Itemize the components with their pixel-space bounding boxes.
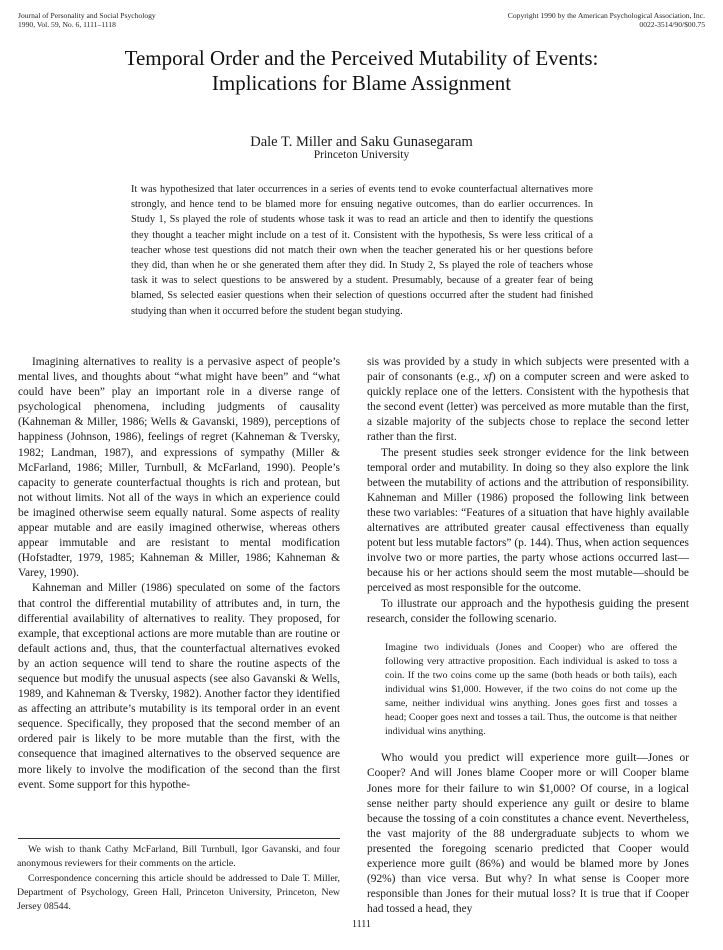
authors: Dale T. Miller and Saku Gunasegaram xyxy=(0,134,723,150)
paragraph: Kahneman and Miller (1986) speculated on… xyxy=(18,581,340,792)
footnotes: We wish to thank Cathy McFarland, Bill T… xyxy=(17,843,340,914)
journal-citation: Journal of Personality and Social Psycho… xyxy=(18,11,156,29)
paragraph-continued: sis was provided by a study in which sub… xyxy=(367,355,689,446)
scenario-block-quote: Imagine two individuals (Jones and Coope… xyxy=(385,641,677,740)
abstract: It was hypothesized that later occurrenc… xyxy=(131,182,593,319)
article-title: Temporal Order and the Perceived Mutabil… xyxy=(0,46,723,96)
example-letters: xf xyxy=(484,371,492,383)
paragraph: The present studies seek stronger eviden… xyxy=(367,446,689,597)
paragraph: To illustrate our approach and the hypot… xyxy=(367,597,689,627)
copyright-notice: Copyright 1990 by the American Psycholog… xyxy=(508,11,705,29)
journal-name: Journal of Personality and Social Psycho… xyxy=(18,11,156,20)
footnote-divider xyxy=(18,838,340,839)
page-number: 1111 xyxy=(0,919,723,930)
body-column-right: sis was provided by a study in which sub… xyxy=(367,355,689,917)
paragraph: Imagining alternatives to reality is a p… xyxy=(18,355,340,581)
article-code: 0022-3514/90/$00.75 xyxy=(508,20,705,29)
title-line-2: Implications for Blame Assignment xyxy=(0,71,723,96)
acknowledgment-note: We wish to thank Cathy McFarland, Bill T… xyxy=(17,843,340,872)
correspondence-note: Correspondence concerning this article s… xyxy=(17,872,340,915)
copyright-line: Copyright 1990 by the American Psycholog… xyxy=(508,11,705,20)
body-column-left: Imagining alternatives to reality is a p… xyxy=(18,355,340,793)
title-line-1: Temporal Order and the Perceived Mutabil… xyxy=(0,46,723,71)
affiliation: Princeton University xyxy=(0,149,723,162)
journal-volume: 1990, Vol. 59, No. 6, 1111–1118 xyxy=(18,20,156,29)
paragraph: Who would you predict will experience mo… xyxy=(367,751,689,917)
